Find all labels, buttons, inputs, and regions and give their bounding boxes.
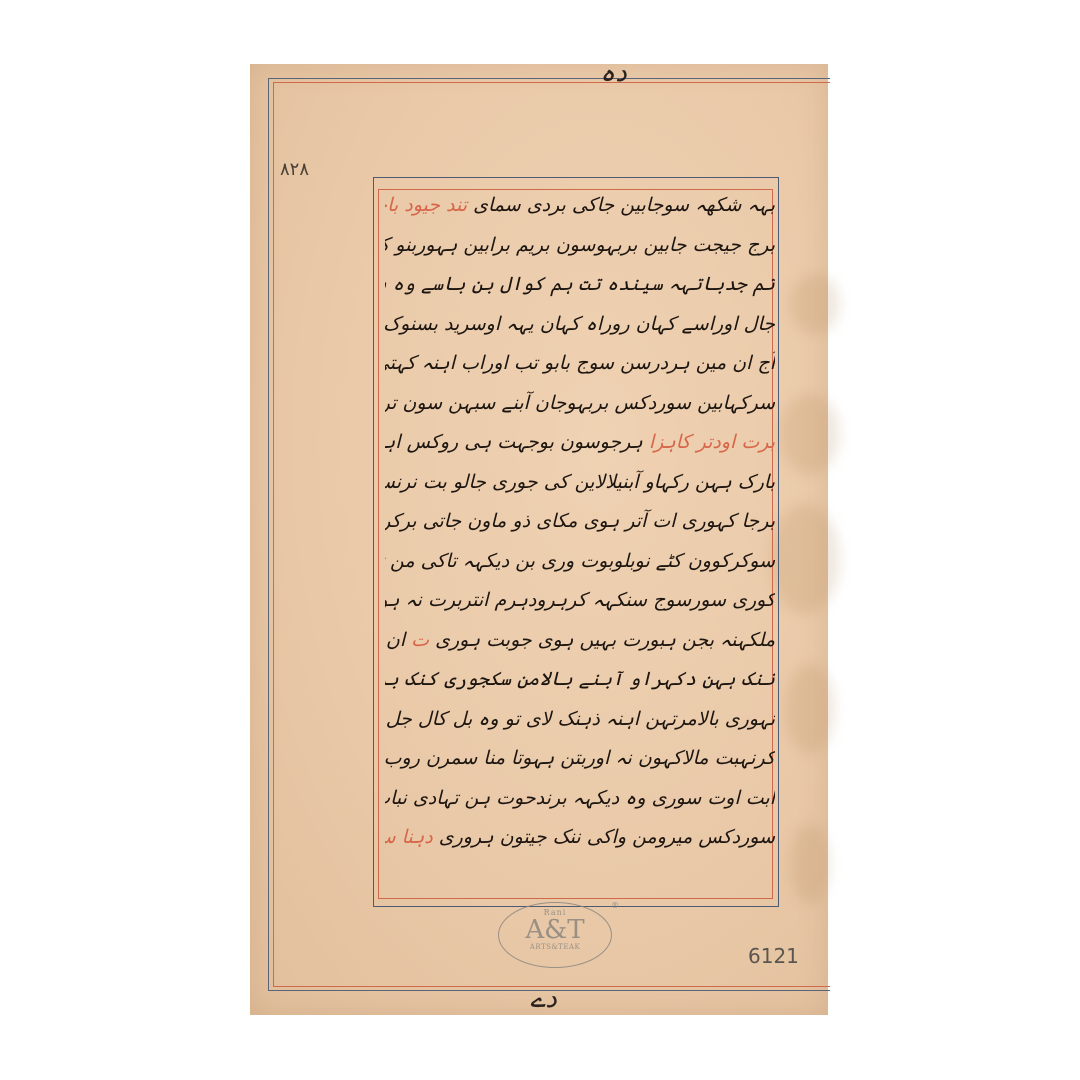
arts-and-teak-watermark-logo: Rani A&T ARTS&TEAK ®	[498, 902, 612, 968]
text-line: ابت اوت سوری وہ دیکہہ برندحوت ہن تہادی ن…	[385, 779, 775, 819]
text-line: سوکرکوون کٹے نوبلوبوت وری بن دیکہہ تاکی …	[385, 542, 775, 582]
rubric: برت اودتر کاہزا	[649, 431, 775, 453]
text-line: برت اودتر کاہزا ہرجوسون بوجہت ہی روکس اہ…	[385, 423, 775, 463]
text-line: آج ان مین ہردرسن سوج بابو تب اوراب اہنہ …	[385, 344, 775, 384]
text-line: ننک ہہن دکہراو آبنے بالامن سکجوری کنک بر…	[385, 660, 775, 700]
rubric: دہنا سری	[385, 826, 433, 848]
manuscript-text-block: بہہ شکھہ سوجابین جاکی بردی سمای تند جیود…	[385, 186, 775, 906]
rubric: ت	[411, 629, 429, 651]
text-line: بہہ شکھہ سوجابین جاکی بردی سمای تند جیود…	[385, 186, 775, 226]
watermark-bottom-text: ARTS&TEAK	[499, 943, 611, 951]
text-line: سوردکس میرومن واکی ننک جیتون ہروری دہنا …	[385, 818, 775, 858]
rubric: تند جیود باجنی لورشہہ	[385, 194, 467, 216]
folio-number: ۸۲۸	[280, 159, 309, 180]
text-line: نہوری بالامرتہن اہنہ ذہنک لای تو وہ بل ک…	[385, 700, 775, 740]
catalog-number: 6121	[748, 944, 799, 968]
watermark-monogram: A&T	[499, 917, 611, 943]
manuscript-page: دہ دے ۸۲۸ بہہ شکھہ سوجابین جاکی بردی سما…	[250, 64, 828, 1015]
text-line: تم جدباتہہ سیندہ تت ہم کوال بن باسے وہ ہ…	[385, 265, 775, 305]
text-line: سرکہابین سوردکس بربہوجان آبنے سبہن سون ت…	[385, 384, 775, 424]
text-line: کرنہبت مالاکہون نہ اوربتن ہہوتا منا سمرن…	[385, 739, 775, 779]
text-line: برجا کہوری ات آتر ہوی مکای ذو ماون جاتی …	[385, 502, 775, 542]
text-line: برج جیجت جابین بربہوسون بریم برابین ہہور…	[385, 226, 775, 266]
text-line: کوری سورسوج سنکہہ کرہرودہرم انتربرت نہ ہ…	[385, 581, 775, 621]
text-line: جال اوراسے کہان روراہ کہان یہہ اوسرید بس…	[385, 305, 775, 345]
top-margin-scribble: دہ	[600, 58, 627, 88]
bottom-margin-scribble: دے	[530, 984, 557, 1014]
text-line: ملکہنہ بجن ہبورت بہیں ہوی جوبت ہوری ت ان…	[385, 621, 775, 661]
registered-mark-icon: ®	[611, 901, 619, 910]
text-line: بارک ہہن رکہاو آبنیلالاین کی جوری جالو ب…	[385, 463, 775, 503]
